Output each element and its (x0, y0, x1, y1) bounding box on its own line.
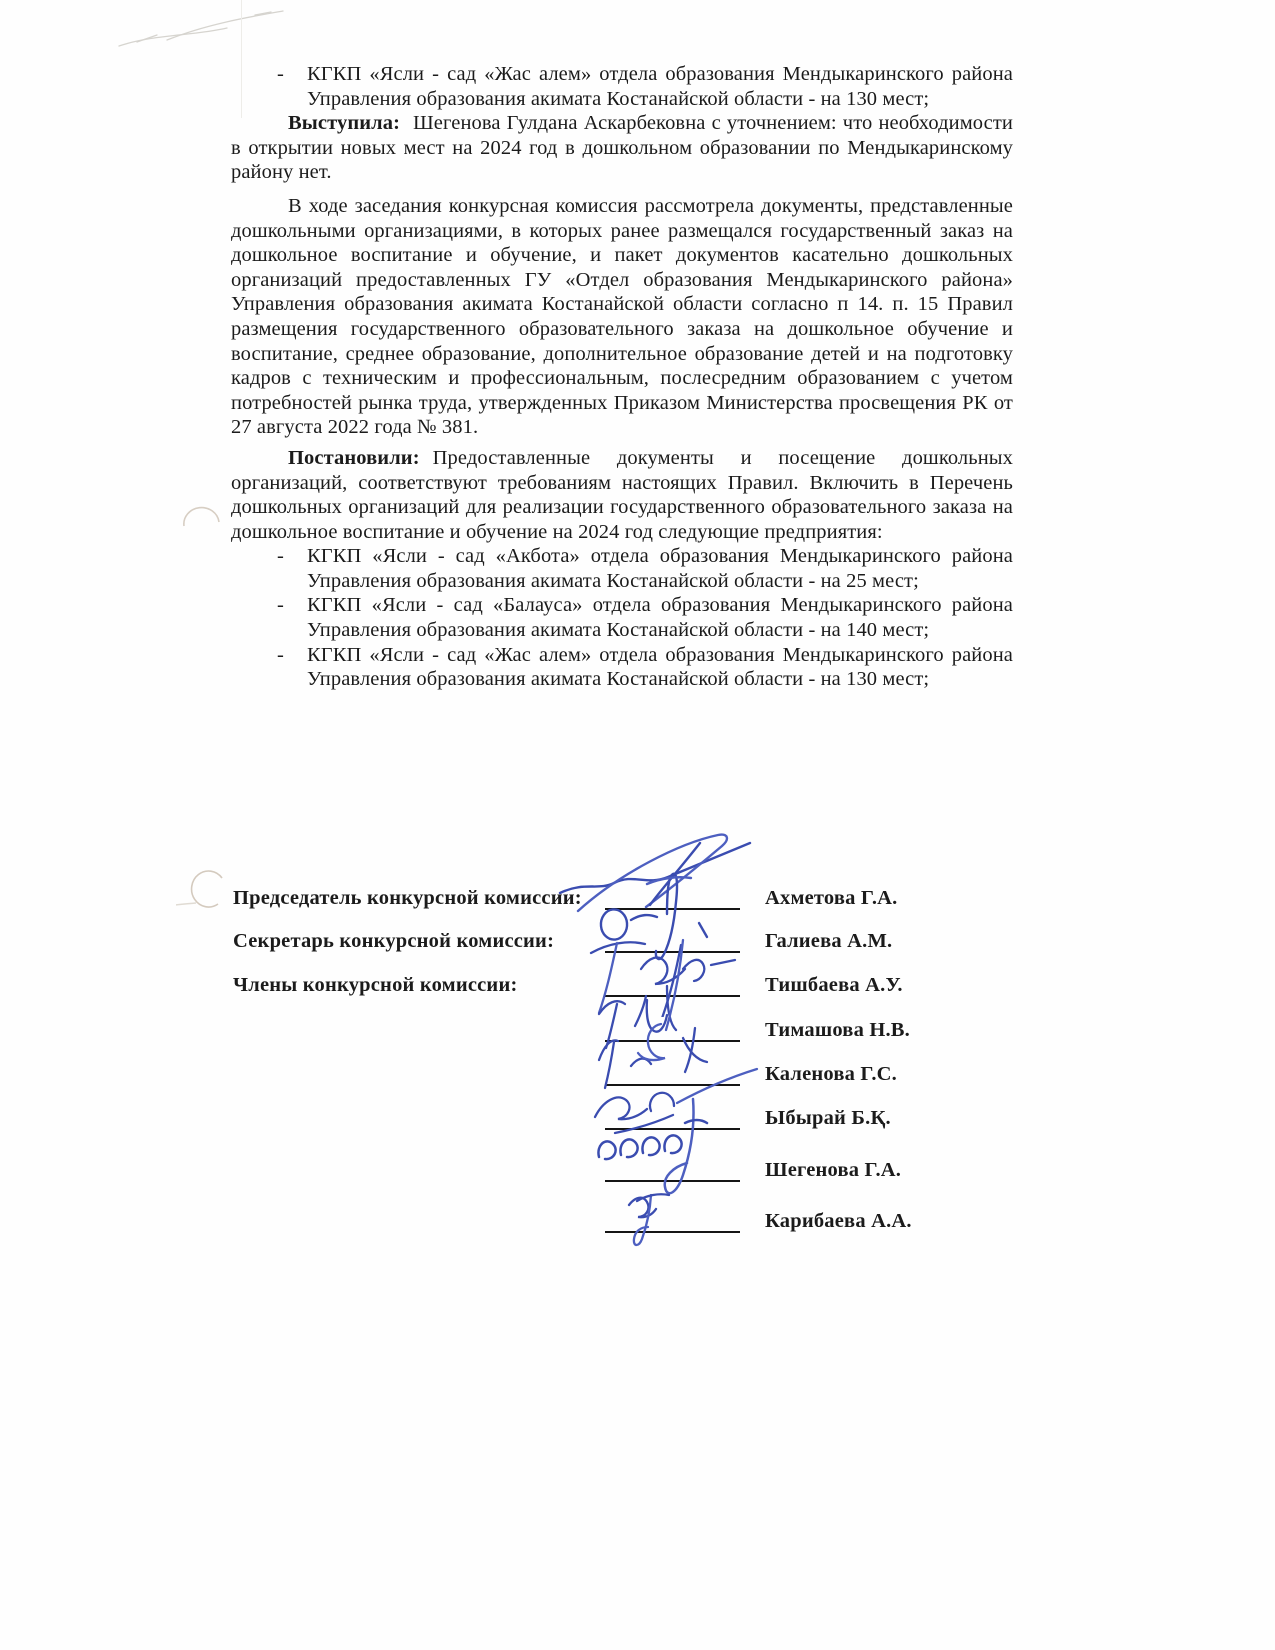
list-item-text: КГКП «Ясли - сад «Жас алем» отдела образ… (307, 644, 1013, 691)
list-item: - КГКП «Ясли - сад «Акбота» отдела образ… (231, 544, 1013, 593)
list-item: - КГКП «Ясли - сад «Жас алем» отдела обр… (231, 643, 1013, 692)
signature-line (605, 1058, 740, 1086)
signature-line (605, 1205, 740, 1233)
document-body: - КГКП «Ясли - сад «Жас алем» отдела обр… (231, 62, 1013, 692)
signatory-name: Галиева А.М. (765, 929, 892, 953)
signature-row: Ыбырай Б.Қ. (233, 1104, 1063, 1130)
signatory-name: Тимашова Н.В. (765, 1018, 910, 1042)
list-item-text: КГКП «Ясли - сад «Акбота» отдела образов… (307, 545, 1013, 592)
signatory-name: Ыбырай Б.Қ. (765, 1106, 891, 1130)
bullet-marker: - (277, 544, 284, 569)
bullet-marker: - (277, 643, 284, 668)
paragraph-lead: Выступила: (288, 112, 400, 134)
signature-row: Шегенова Г.А. (233, 1156, 1063, 1182)
paragraph-resolved: Постановили:Предоставленные документы и … (231, 446, 1013, 544)
signature-role-label: Члены конкурсной комиссии: (233, 973, 605, 997)
paragraph-spoke: Выступила:Шегенова Гулдана Аскарбековна … (231, 111, 1013, 185)
signature-row: Члены конкурсной комиссии: Тишбаева А.У. (233, 971, 1063, 997)
signature-stroke (587, 998, 737, 1098)
signature-line (605, 1102, 740, 1130)
signature-role-label: Секретарь конкурсной комиссии: (233, 929, 605, 953)
list-item-text: КГКП «Ясли - сад «Жас алем» отдела образ… (307, 63, 1013, 110)
signatory-name: Тишбаева А.У. (765, 973, 903, 997)
signature-row: Председатель конкурсной комиссии: Ахмето… (233, 884, 1063, 910)
signatory-name: Шегенова Г.А. (765, 1158, 901, 1182)
punch-hole-mark (175, 496, 225, 532)
signature-row: Каленова Г.С. (233, 1060, 1063, 1086)
signatory-name: Каленова Г.С. (765, 1062, 897, 1086)
bullet-marker: - (277, 593, 284, 618)
bullet-marker: - (277, 62, 284, 87)
signature-line (605, 1014, 740, 1042)
signature-line (605, 969, 740, 997)
list-item: - КГКП «Ясли - сад «Жас алем» отдела обр… (231, 62, 1013, 111)
scanned-document-page: - КГКП «Ясли - сад «Жас алем» отдела обр… (0, 0, 1275, 1650)
signature-row: Секретарь конкурсной комиссии: Галиева А… (233, 927, 1063, 953)
signature-row: Карибаева А.А. (233, 1207, 1063, 1233)
paragraph-text: В ходе заседания конкурсная комиссия рас… (231, 195, 1013, 438)
paragraph-review: В ходе заседания конкурсная комиссия рас… (231, 194, 1013, 440)
signature-line (605, 882, 740, 910)
signatory-name: Ахметова Г.А. (765, 886, 898, 910)
punch-hole-mark (176, 858, 236, 916)
signature-row: Тимашова Н.В. (233, 1016, 1063, 1042)
signature-stroke (601, 1171, 721, 1251)
list-item: - КГКП «Ясли - сад «Балауса» отдела обра… (231, 593, 1013, 642)
signature-line (605, 925, 740, 953)
signature-block: Председатель конкурсной комиссии: Ахмето… (233, 884, 1063, 1233)
paragraph-lead: Постановили: (288, 447, 420, 469)
signature-stroke (550, 831, 760, 926)
scan-artifact-pencil-squiggle (115, 4, 295, 56)
list-item-text: КГКП «Ясли - сад «Балауса» отдела образо… (307, 594, 1013, 641)
signature-line (605, 1154, 740, 1182)
signature-role-label: Председатель конкурсной комиссии: (233, 886, 605, 910)
signatory-name: Карибаева А.А. (765, 1209, 912, 1233)
